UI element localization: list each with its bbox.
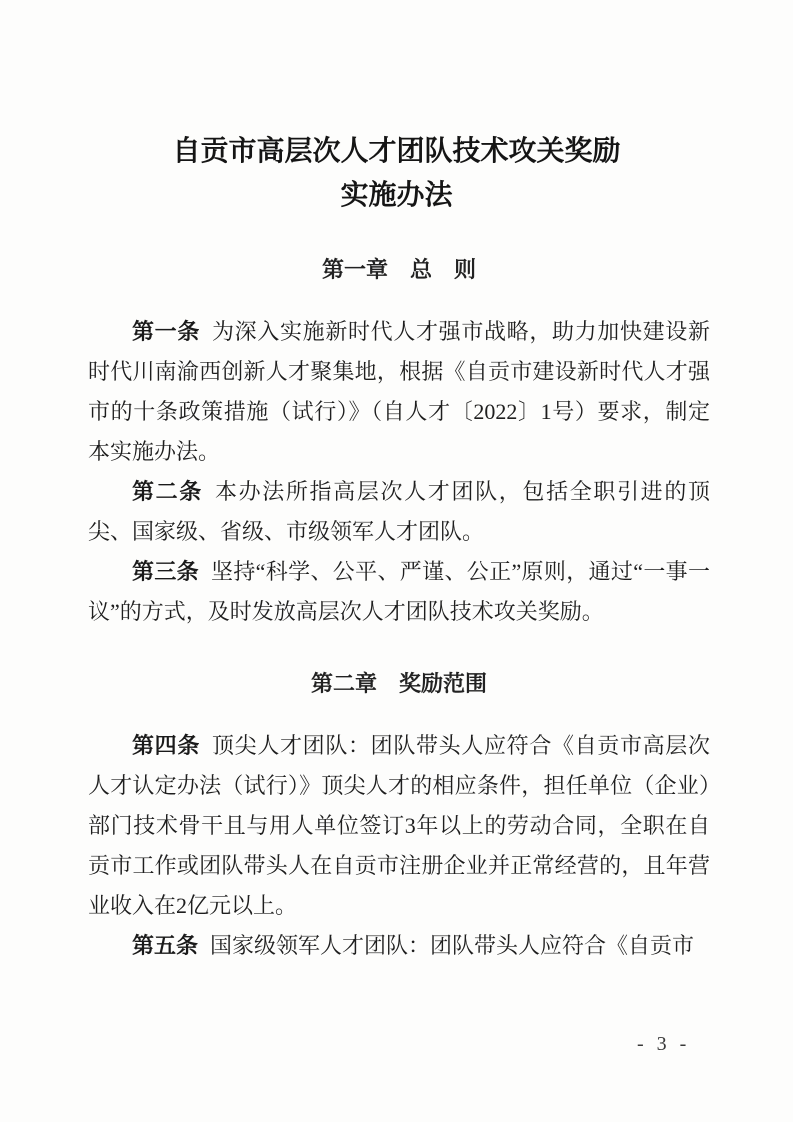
document-body: 第一章 总 则 第一条为深入实施新时代人才强市战略，助力加快建设新时代川南渝西创…	[88, 250, 710, 966]
article-number-label: 第三条	[132, 559, 199, 584]
document-page: 自贡市高层次人才团队技术攻关奖励 实施办法 第一章 总 则 第一条为深入实施新时…	[0, 0, 793, 1122]
doc-title: 自贡市高层次人才团队技术攻关奖励 实施办法	[0, 0, 793, 218]
article-number-label: 第四条	[132, 733, 200, 758]
article-text: 国家级领军人才团队：团队带头人应符合《自贡市	[210, 933, 694, 958]
article-number-label: 第五条	[132, 933, 198, 958]
article-paragraph: 第五条国家级领军人才团队：团队带头人应符合《自贡市	[88, 926, 710, 966]
chapter-section: 第二章 奖励范围 第四条顶尖人才团队：团队带头人应符合《自贡市高层次人才认定办法…	[88, 664, 710, 966]
article-text: 顶尖人才团队：团队带头人应符合《自贡市高层次人才认定办法（试行）》顶尖人才的相应…	[88, 733, 710, 918]
article-number-label: 第一条	[132, 319, 200, 344]
article-paragraph: 第四条顶尖人才团队：团队带头人应符合《自贡市高层次人才认定办法（试行）》顶尖人才…	[88, 726, 710, 926]
chapter-heading: 第二章 奖励范围	[88, 664, 710, 704]
article-paragraph: 第三条坚持“科学、公平、严谨、公正”原则，通过“一事一议”的方式，及时发放高层次…	[88, 552, 710, 632]
doc-title-line-2: 实施办法	[0, 174, 793, 218]
article-paragraph: 第一条为深入实施新时代人才强市战略，助力加快建设新时代川南渝西创新人才聚集地，根…	[88, 312, 710, 472]
chapter-heading: 第一章 总 则	[88, 250, 710, 290]
article-paragraph: 第二条本办法所指高层次人才团队，包括全职引进的顶尖、国家级、省级、市级领军人才团…	[88, 472, 710, 552]
doc-title-line-1: 自贡市高层次人才团队技术攻关奖励	[0, 130, 793, 174]
page-number: - 3 -	[637, 1032, 690, 1056]
article-number-label: 第二条	[132, 479, 203, 504]
chapter-section: 第一章 总 则 第一条为深入实施新时代人才强市战略，助力加快建设新时代川南渝西创…	[88, 250, 710, 632]
